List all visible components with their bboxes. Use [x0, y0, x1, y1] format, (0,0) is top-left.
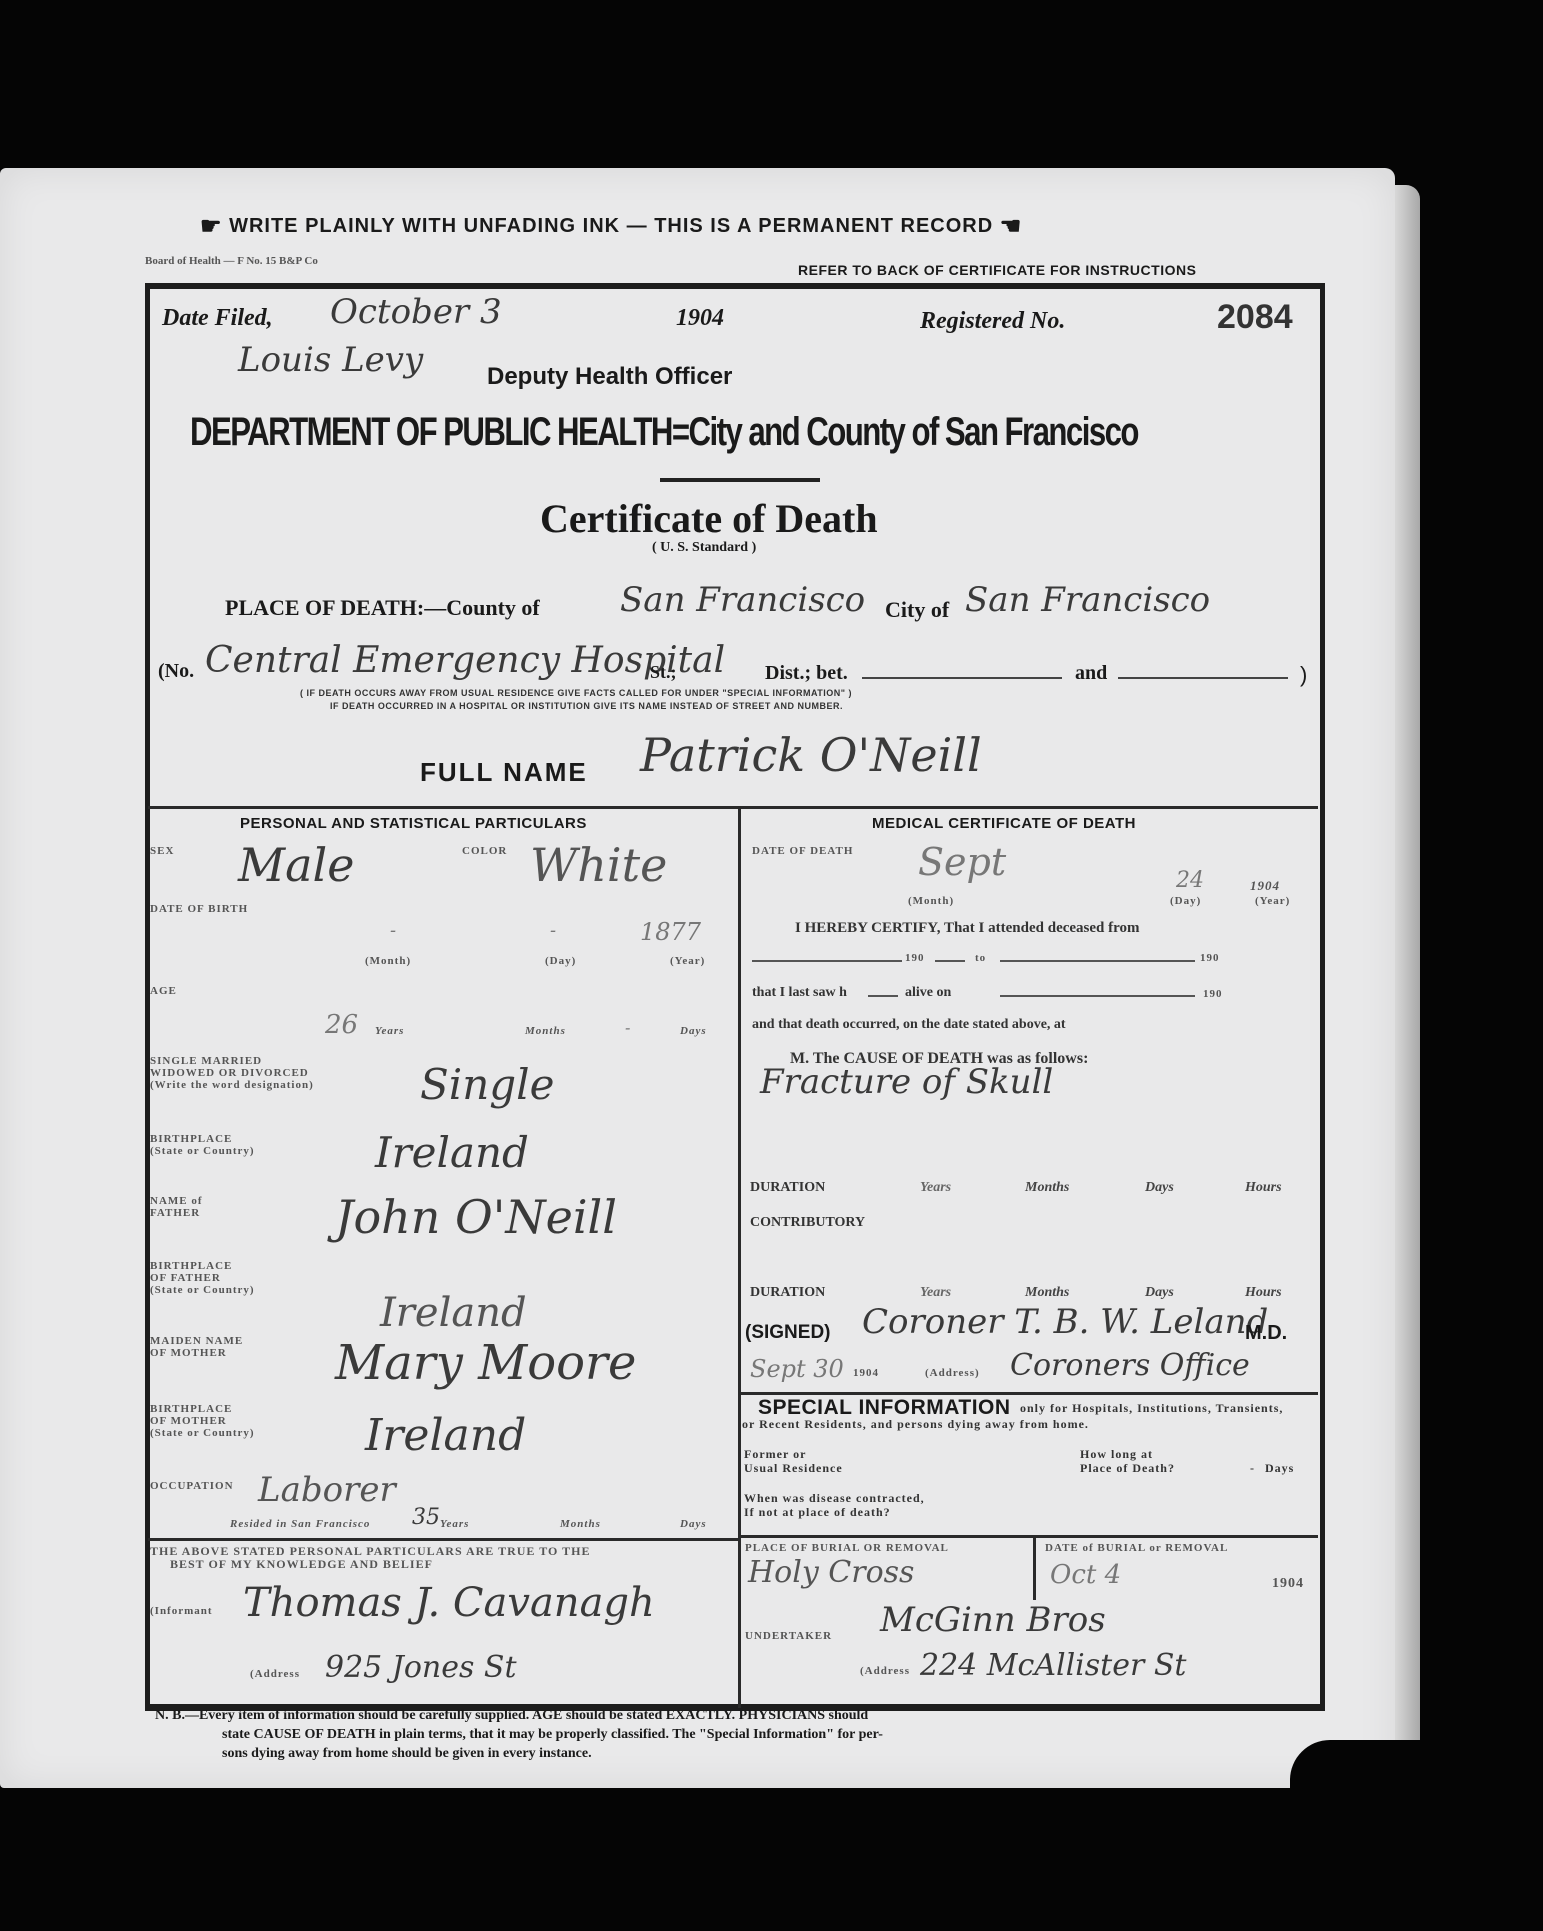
birthplace-label: BIRTHPLACE [150, 1133, 232, 1145]
hospital-note: IF DEATH OCCURRED IN A HOSPITAL OR INSTI… [330, 701, 843, 711]
color-label: COLOR [462, 845, 507, 857]
signed-date: Sept 30 [750, 1355, 844, 1383]
dob-day: - [550, 920, 556, 941]
duration-label: DURATION [750, 1180, 825, 1196]
page-curl-shadow [1290, 1740, 1430, 1820]
how-long-label-1: How long at [1080, 1448, 1153, 1460]
cause-of-death: Fracture of Skull [760, 1062, 1053, 1102]
signed-label: (SIGNED) [745, 1322, 831, 1344]
resided-months-label: Months [560, 1518, 601, 1530]
mother-birthplace-label-1: BIRTHPLACE [150, 1403, 232, 1415]
dob-year-label: (Year) [670, 955, 705, 967]
sex-value: Male [238, 838, 354, 892]
how-long-days-label: Days [1265, 1462, 1294, 1474]
place-of-death-label: PLACE OF DEATH:—County of [225, 595, 540, 621]
age-years: 26 [325, 1010, 358, 1040]
closing-paren: ) [1300, 662, 1307, 688]
undertaker-address-label: (Address [860, 1665, 910, 1677]
district-label: Dist.; bet. [765, 662, 848, 685]
marital-status: Single [420, 1060, 554, 1109]
and-line [1118, 677, 1288, 679]
birthplace-value: Ireland [375, 1128, 529, 1177]
dob-label: DATE OF BIRTH [150, 903, 248, 915]
informant-divider [148, 1538, 740, 1541]
informant-name: Thomas J. Cavanagh [243, 1580, 655, 1626]
registered-number: 2084 [1217, 298, 1293, 337]
contributory-days-label: Days [1145, 1285, 1174, 1301]
certificate-title: Certificate of Death [540, 495, 878, 542]
informant-statement-2: BEST OF MY KNOWLEDGE AND BELIEF [170, 1558, 433, 1570]
special-divider [740, 1392, 1318, 1395]
and-label: and [1075, 662, 1107, 685]
death-month: Sept [918, 840, 1006, 884]
death-occurred-label: and that death occurred, on the date sta… [752, 1017, 1066, 1033]
occupation-value: Laborer [258, 1470, 396, 1510]
dob-month-label: (Month) [365, 955, 411, 967]
informant-label: (Informant [150, 1605, 213, 1617]
father-name: John O'Neill [335, 1190, 617, 1244]
form-number: Board of Health — F No. 15 B&P Co [145, 255, 318, 267]
father-birthplace-label-1: BIRTHPLACE [150, 1260, 232, 1272]
contributory-years-label: Years [920, 1285, 951, 1301]
last-saw-pronoun-line [868, 995, 898, 997]
former-residence-label-1: Former or [744, 1448, 806, 1460]
informant-address-label: (Address [250, 1668, 300, 1680]
filing-year: 1904 [676, 305, 724, 332]
date-filed-value: October 3 [330, 292, 502, 332]
resided-years-label: Years [440, 1518, 469, 1530]
medical-heading: MEDICAL CERTIFICATE OF DEATH [872, 815, 1136, 832]
physician-signature: Coroner T. B. W. Leland [862, 1302, 1268, 1342]
death-year-label: (Year) [1255, 895, 1290, 907]
contributory-duration-label: DURATION [750, 1285, 825, 1301]
death-day: 24 [1176, 868, 1204, 893]
contracted-label-2: If not at place of death? [744, 1506, 891, 1518]
officer-signature: Louis Levy [238, 340, 423, 380]
section-divider [148, 806, 1318, 809]
mother-label-2: OF MOTHER [150, 1347, 227, 1359]
physician-address: Coroners Office [1010, 1348, 1250, 1383]
signed-year: 1904 [853, 1367, 879, 1379]
physician-address-label: (Address) [925, 1367, 980, 1379]
attended-to-year: 190 [1200, 952, 1220, 964]
dob-year: 1877 [640, 918, 701, 946]
how-long-label-2: Place of Death? [1080, 1462, 1175, 1474]
footnote-line-1: N. B.—Every item of information should b… [155, 1708, 868, 1724]
marital-label-3: (Write the word designation) [150, 1079, 314, 1091]
age-label: AGE [150, 985, 177, 997]
contributory-label: CONTRIBUTORY [750, 1215, 865, 1231]
informant-address: 925 Jones St [325, 1650, 517, 1685]
alive-on-line [1000, 995, 1195, 997]
footnote-line-2: state CAUSE OF DEATH in plain terms, tha… [222, 1727, 883, 1743]
mother-label-1: MAIDEN NAME [150, 1335, 243, 1347]
former-residence-label-2: Usual Residence [744, 1462, 843, 1474]
last-saw-label: that I last saw h [752, 985, 847, 1001]
death-month-label: (Month) [908, 895, 954, 907]
special-note-1: only for Hospitals, Institutions, Transi… [1020, 1402, 1283, 1414]
burial-divider [740, 1535, 1318, 1538]
age-days-label: Days [680, 1025, 707, 1037]
attended-dash [935, 960, 965, 962]
alive-on-year: 190 [1203, 988, 1223, 1000]
dob-month: - [390, 920, 396, 941]
special-note-2: or Recent Residents, and persons dying a… [742, 1418, 1089, 1430]
full-name-label: FULL NAME [420, 757, 588, 788]
father-birthplace-label-3: (State or Country) [150, 1284, 255, 1296]
undertaker-address: 224 McAllister St [920, 1648, 1186, 1683]
mother-birthplace: Ireland [365, 1410, 526, 1461]
father-label-1: NAME of [150, 1195, 203, 1207]
attended-to-line [1000, 960, 1195, 962]
md-label: M.D. [1245, 1322, 1287, 1345]
contracted-label-1: When was disease contracted, [744, 1492, 925, 1504]
department-title: DEPARTMENT OF PUBLIC HEALTH=City and Cou… [190, 410, 1138, 455]
undertaker-name: McGinn Bros [880, 1600, 1106, 1640]
street-no-label: (No. [158, 660, 194, 683]
father-birthplace: Ireland [380, 1290, 527, 1336]
burial-date-label: DATE of BURIAL or REMOVAL [1045, 1542, 1228, 1554]
street-value: Central Emergency Hospital [205, 640, 725, 681]
registered-label: Registered No. [920, 308, 1065, 335]
death-day-label: (Day) [1170, 895, 1201, 907]
date-of-death-label: DATE OF DEATH [752, 845, 853, 857]
burial-date: Oct 4 [1050, 1560, 1121, 1590]
death-year: 1904 [1250, 880, 1280, 892]
st-label: St.; [650, 662, 677, 683]
resided-label: Resided in San Francisco [230, 1518, 370, 1530]
dob-day-label: (Day) [545, 955, 576, 967]
title-divider [660, 478, 820, 482]
pointing-hand-left-icon: ☚ [1000, 212, 1023, 241]
pointing-hand-icon: ☛ [200, 212, 223, 241]
sex-label: SEX [150, 845, 174, 857]
city-label: City of [885, 597, 949, 623]
footnote-line-3: sons dying away from home should be give… [222, 1746, 592, 1762]
mother-maiden-name: Mary Moore [335, 1335, 636, 1391]
marital-label-2: WIDOWED OR DIVORCED [150, 1067, 309, 1079]
mother-birthplace-label-2: OF MOTHER [150, 1415, 227, 1427]
contributory-months-label: Months [1025, 1285, 1069, 1301]
duration-years-label: Years [920, 1180, 951, 1196]
duration-hours-label: Hours [1245, 1180, 1282, 1196]
occupation-label: OCCUPATION [150, 1480, 234, 1492]
burial-column-divider [1033, 1537, 1036, 1600]
resided-days-label: Days [680, 1518, 707, 1530]
mother-birthplace-label-3: (State or Country) [150, 1427, 255, 1439]
contributory-hours-label: Hours [1245, 1285, 1282, 1301]
marital-label-1: SINGLE MARRIED [150, 1055, 262, 1067]
personal-heading: PERSONAL AND STATISTICAL PARTICULARS [240, 815, 587, 832]
district-line [862, 677, 1062, 679]
father-birthplace-label-2: OF FATHER [150, 1272, 221, 1284]
standard-subtitle: ( U. S. Standard ) [652, 540, 756, 556]
refer-instructions: REFER TO BACK OF CERTIFICATE FOR INSTRUC… [798, 262, 1196, 278]
how-long-value: - [1250, 1462, 1255, 1474]
informant-statement-1: THE ABOVE STATED PERSONAL PARTICULARS AR… [150, 1545, 590, 1557]
residence-note: ( IF DEATH OCCURS AWAY FROM USUAL RESIDE… [300, 688, 852, 698]
city-value: San Francisco [965, 580, 1210, 620]
age-months-label: Months [525, 1025, 566, 1037]
warning-text: WRITE PLAINLY WITH UNFADING INK — THIS I… [229, 215, 993, 237]
duration-days-label: Days [1145, 1180, 1174, 1196]
color-value: White [530, 838, 667, 892]
column-divider [738, 808, 741, 1708]
age-years-label: Years [375, 1025, 404, 1037]
county-value: San Francisco [620, 580, 865, 620]
duration-months-label: Months [1025, 1180, 1069, 1196]
attended-from-line [752, 960, 902, 962]
father-label-2: FATHER [150, 1207, 200, 1219]
full-name-value: Patrick O'Neill [640, 728, 982, 782]
age-months: - [625, 1018, 630, 1037]
burial-place-label: PLACE OF BURIAL OR REMOVAL [745, 1542, 949, 1554]
certify-statement: I HEREBY CERTIFY, That I attended deceas… [795, 920, 1140, 937]
attended-to-label: to [975, 952, 986, 964]
alive-on-label: alive on [905, 985, 951, 1001]
resided-years: 35 [412, 1505, 440, 1530]
ink-warning: ☛ WRITE PLAINLY WITH UNFADING INK — THIS… [200, 212, 1022, 241]
birthplace-sublabel: (State or Country) [150, 1145, 255, 1157]
undertaker-label: UNDERTAKER [745, 1630, 832, 1642]
burial-place: Holy Cross [748, 1555, 914, 1590]
attended-from-year: 190 [905, 952, 925, 964]
burial-year: 1904 [1272, 1578, 1304, 1590]
date-filed-label: Date Filed, [162, 305, 273, 332]
officer-title: Deputy Health Officer [487, 363, 732, 391]
